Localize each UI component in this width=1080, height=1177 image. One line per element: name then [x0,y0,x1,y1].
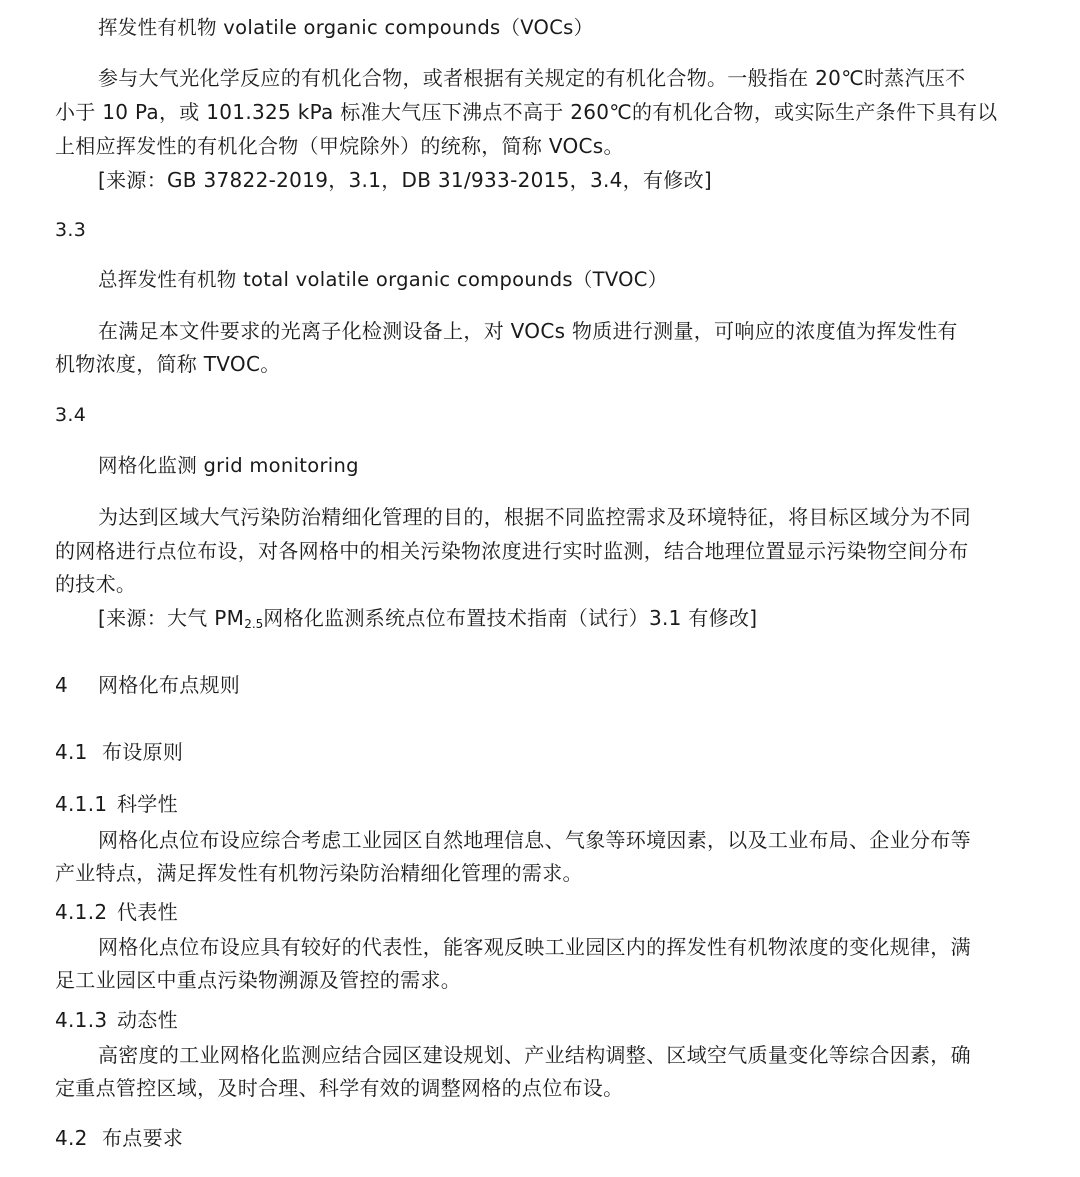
clause-number-3-3: 3.3 [55,216,86,244]
section-title: 科学性 [117,792,178,816]
paragraph-4-1-1-line-1: 网格化点位布设应综合考虑工业园区自然地理信息、气象等环境因素，以及工业布局、企业… [98,826,971,854]
pm25-subscript: 2.5 [244,617,263,631]
term-tvoc: 总挥发性有机物 total volatile organic compounds… [98,266,668,294]
section-heading-4-1-1: 4.1.1科学性 [55,790,178,818]
section-heading-4-1-2: 4.1.2代表性 [55,898,178,926]
definition-grid-line-2: 的网格进行点位布设，对各网格中的相关污染物浓度进行实时监测，结合地理位置显示污染… [55,537,969,565]
section-title: 网格化布点规则 [98,673,240,697]
clause-number-3-4: 3.4 [55,401,86,429]
paragraph-4-1-3-line-1: 高密度的工业网格化监测应结合园区建设规划、产业结构调整、区域空气质量变化等综合因… [98,1041,971,1069]
definition-grid-line-3: 的技术。 [55,570,136,598]
definition-tvoc-line-2: 机物浓度，简称 TVOC。 [55,350,281,378]
section-number: 4.2 [55,1124,102,1152]
source-prefix: [来源：大气 PM [98,606,244,630]
definition-grid-line-1: 为达到区域大气污染防治精细化管理的目的，根据不同监控需求及环境特征，将目标区域分… [98,503,971,531]
paragraph-4-1-2-line-2: 足工业园区中重点污染物溯源及管控的需求。 [55,966,461,994]
section-heading-4-1-3: 4.1.3动态性 [55,1006,178,1034]
source-note-grid: [来源：大气 PM2.5网格化监测系统点位布置技术指南（试行）3.1 有修改] [98,604,757,638]
definition-tvoc-line-1: 在满足本文件要求的光离子化检测设备上，对 VOCs 物质进行测量，可响应的浓度值… [98,317,958,345]
section-heading-4-2: 4.2布点要求 [55,1124,183,1152]
section-title: 动态性 [117,1008,178,1032]
term-grid-monitoring: 网格化监测 grid monitoring [98,452,359,480]
definition-vocs-line-3: 上相应挥发性的有机化合物（甲烷除外）的统称，简称 VOCs。 [55,132,624,160]
section-heading-4: 4网格化布点规则 [55,671,240,699]
definition-vocs-line-2: 小于 10 Pa，或 101.325 kPa 标准大气压下沸点不高于 260℃的… [55,98,997,126]
section-title: 布设原则 [102,740,183,764]
section-number: 4.1.1 [55,790,117,818]
section-heading-4-1: 4.1布设原则 [55,738,183,766]
paragraph-4-1-2-line-1: 网格化点位布设应具有较好的代表性，能客观反映工业园区内的挥发性有机物浓度的变化规… [98,933,971,961]
section-number: 4.1.2 [55,898,117,926]
source-suffix: 网格化监测系统点位布置技术指南（试行）3.1 有修改] [263,606,757,630]
term-vocs: 挥发性有机物 volatile organic compounds（VOCs） [98,14,593,42]
source-note-vocs: [来源：GB 37822-2019，3.1，DB 31/933-2015，3.4… [98,166,712,194]
definition-vocs-line-1: 参与大气光化学反应的有机化合物，或者根据有关规定的有机化合物。一般指在 20℃时… [98,64,965,92]
section-number: 4 [55,671,98,699]
section-title: 布点要求 [102,1126,183,1150]
section-number: 4.1.3 [55,1006,117,1034]
paragraph-4-1-1-line-2: 产业特点，满足挥发性有机物污染防治精细化管理的需求。 [55,859,583,887]
paragraph-4-1-3-line-2: 定重点管控区域，及时合理、科学有效的调整网格的点位布设。 [55,1074,623,1102]
section-title: 代表性 [117,900,178,924]
section-number: 4.1 [55,738,102,766]
